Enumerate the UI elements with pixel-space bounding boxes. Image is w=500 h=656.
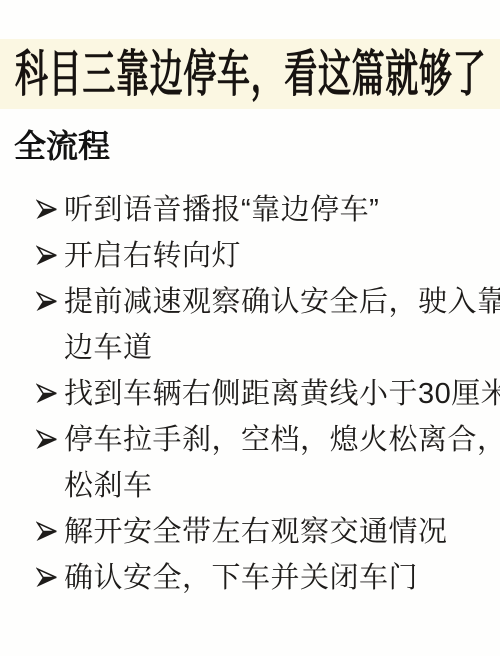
step-text: 确认安全，下车并关闭车门 [64,555,418,601]
arrowhead-right-icon [36,521,58,542]
list-item: 确认安全，下车并关闭车门 [36,555,500,601]
title-banner: 科目三靠边停车，看这篇就够了 [0,39,500,109]
arrowhead-right-icon [36,199,58,220]
arrowhead-right-icon [36,567,58,588]
list-item: 开启右转向灯 [36,233,500,279]
arrowhead-right-icon [36,245,58,266]
step-text: 解开安全带左右观察交通情况 [64,509,448,555]
list-item: 提前减速观察确认安全后，驶入靠 边车道 [36,279,500,371]
page-title: 科目三靠边停车，看这篇就够了 [15,49,486,99]
step-text: 停车拉手刹，空档，熄火松离合， 松刹车 [64,417,500,509]
steps-checklist: 听到语音播报“靠边停车” 开启右转向灯 提前减速观察确认安全后，驶入靠 边车道 … [0,187,500,601]
arrowhead-right-icon [36,383,58,404]
arrowhead-right-icon [36,291,58,312]
list-item: 解开安全带左右观察交通情况 [36,509,500,555]
step-text: 找到车辆右侧距离黄线小于30厘米 [64,371,500,417]
arrowhead-right-icon [36,429,58,450]
list-item: 找到车辆右侧距离黄线小于30厘米 [36,371,500,417]
step-text: 听到语音播报“靠边停车” [64,187,379,233]
step-text: 开启右转向灯 [64,233,241,279]
step-text: 提前减速观察确认安全后，驶入靠 边车道 [64,279,500,371]
list-item: 停车拉手刹，空档，熄火松离合， 松刹车 [36,417,500,509]
section-heading: 全流程 [14,129,500,163]
list-item: 听到语音播报“靠边停车” [36,187,500,233]
